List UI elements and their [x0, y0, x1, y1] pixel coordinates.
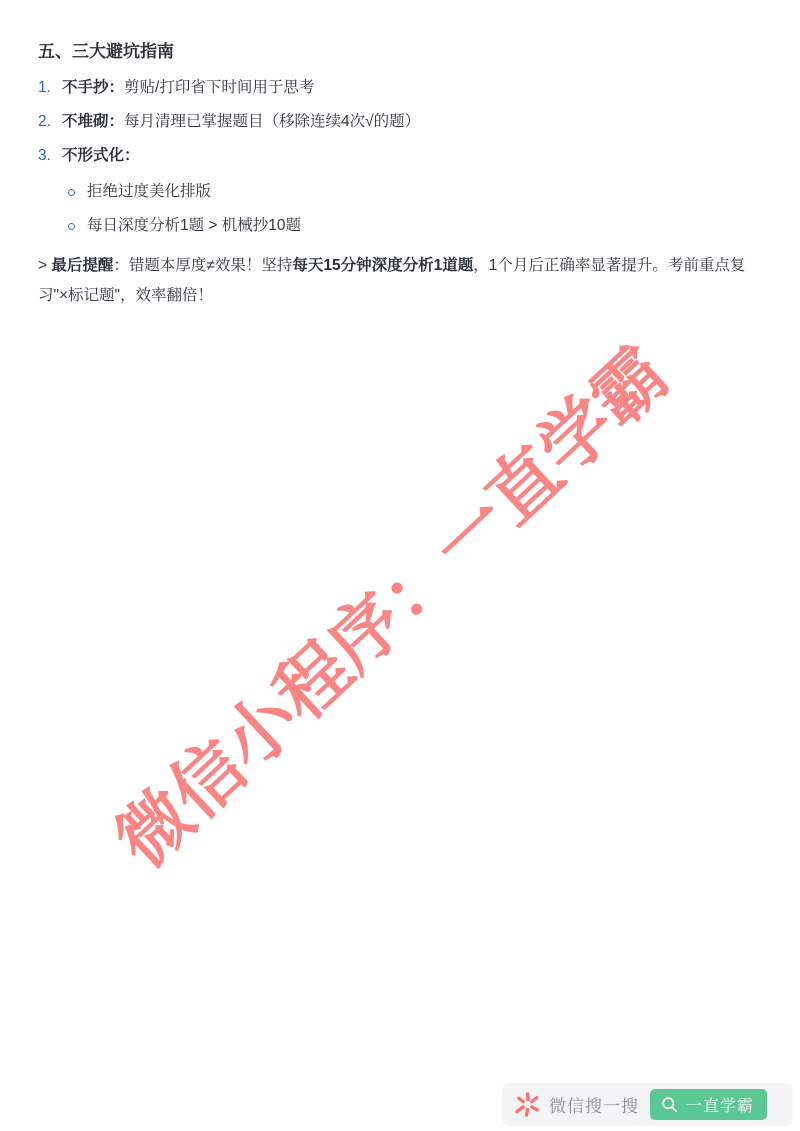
- sub-bullet-text: 拒绝过度美化排版: [87, 182, 211, 202]
- sub-bullet-list: 拒绝过度美化排版 每日深度分析1题 > 机械抄10题: [68, 182, 764, 236]
- circle-bullet-icon: [68, 223, 75, 230]
- note-bold-key: 每天15分钟深度分析1道题: [292, 257, 473, 274]
- list-item: 2. 不堆砌：每月清理已掌握题目（移除连续4次√的题）: [38, 112, 764, 132]
- watermark: 微信小程序：一直学霸: [89, 319, 687, 886]
- mini-program-button[interactable]: 一直学霸: [650, 1089, 767, 1120]
- list-item-label: 不堆砌：: [62, 113, 124, 130]
- search-icon: [661, 1096, 678, 1113]
- list-number: 3.: [38, 146, 62, 166]
- wechat-search-badge[interactable]: 微信搜一搜 一直学霸: [502, 1083, 793, 1126]
- list-item: 3. 不形式化：: [38, 146, 764, 166]
- list-item-text: 不手抄：剪贴/打印省下时间用于思考: [62, 78, 314, 98]
- mini-program-name: 一直学霸: [686, 1093, 754, 1116]
- wechat-search-spark-icon: [514, 1091, 541, 1118]
- document-page: 五、三大避坑指南 1. 不手抄：剪贴/打印省下时间用于思考 2. 不堆砌：每月清…: [0, 0, 800, 1131]
- numbered-list: 1. 不手抄：剪贴/打印省下时间用于思考 2. 不堆砌：每月清理已掌握题目（移除…: [38, 78, 764, 166]
- sub-bullet-text: 每日深度分析1题 > 机械抄10题: [87, 216, 301, 236]
- list-number: 1.: [38, 78, 62, 98]
- list-item-text: 不形式化：: [62, 146, 140, 166]
- final-reminder-note: > 最后提醒：错题本厚度≠效果！坚持每天15分钟深度分析1道题，1个月后正确率显…: [38, 251, 764, 311]
- list-item-text: 不堆砌：每月清理已掌握题目（移除连续4次√的题）: [62, 112, 420, 132]
- list-item-label: 不形式化：: [62, 147, 140, 164]
- sub-bullet-item: 拒绝过度美化排版: [68, 182, 764, 202]
- blockquote-marker: >: [38, 257, 51, 274]
- document-content: 五、三大避坑指南 1. 不手抄：剪贴/打印省下时间用于思考 2. 不堆砌：每月清…: [38, 42, 764, 311]
- note-bold-lead: 最后提醒: [51, 257, 113, 274]
- list-item: 1. 不手抄：剪贴/打印省下时间用于思考: [38, 78, 764, 98]
- badge-label: 微信搜一搜: [549, 1092, 639, 1117]
- circle-bullet-icon: [68, 189, 75, 196]
- sub-bullet-item: 每日深度分析1题 > 机械抄10题: [68, 216, 764, 236]
- section-heading: 五、三大避坑指南: [38, 42, 764, 62]
- list-item-label: 不手抄：: [62, 79, 124, 96]
- list-number: 2.: [38, 112, 62, 132]
